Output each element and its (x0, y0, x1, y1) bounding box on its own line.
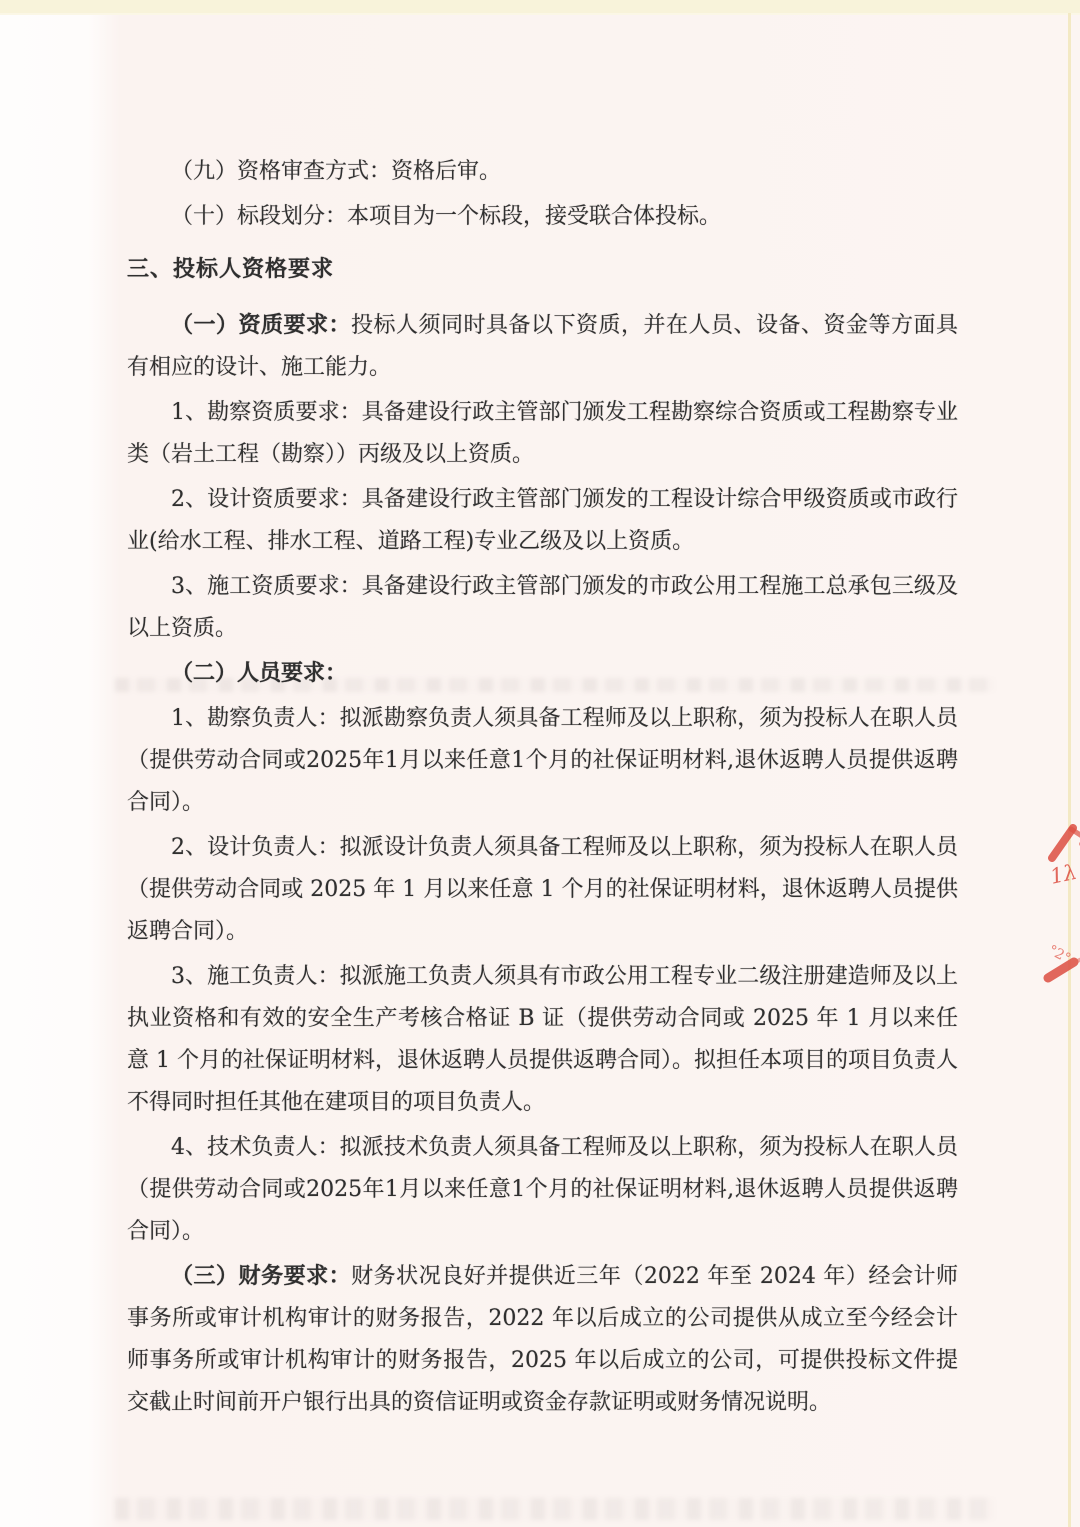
page-right-fold-line (1068, 13, 1071, 1527)
para-design-leader: 2、设计负责人：拟派设计负责人须具备工程师及以上职称，须为投标人在职人员（提供劳… (127, 826, 958, 953)
para-10-bid-section-division: （十）标段划分：本项目为一个标段，接受联合体投标。 (127, 195, 958, 238)
red-pen-mark-lower: °2° (1026, 930, 1080, 1020)
para-construction-qualification: 3、施工资质要求：具备建设行政主管部门颁发的市政公用工程施工总承包三级及以上资质… (127, 565, 958, 650)
para-text: 2、设计资质要求：具备建设行政主管部门颁发的工程设计综合甲级资质或市政行业(给水… (127, 487, 958, 554)
para-lead-bold: （二）人员要求： (171, 660, 347, 686)
para-lead-bold: （三）财务要求： (171, 1263, 351, 1289)
para-technical-leader: 4、技术负责人：拟派技术负责人须具备工程师及以上职称，须为投标人在职人员（提供劳… (127, 1126, 958, 1253)
para-design-qualification: 2、设计资质要求：具备建设行政主管部门颁发的工程设计综合甲级资质或市政行业(给水… (127, 478, 958, 563)
para-1-qualification-requirements: （一）资质要求：投标人须同时具备以下资质，并在人员、设备、资金等方面具有相应的设… (127, 304, 958, 389)
para-lead-bold: （一）资质要求： (171, 312, 351, 338)
red-stroke-tail (1073, 958, 1080, 963)
para-text: 3、施工负责人：拟派施工负责人须具有市政公用工程专业二级注册建造师及以上执业资格… (127, 964, 958, 1115)
para-2-personnel-requirements: （二）人员要求： (127, 652, 958, 695)
para-3-financial-requirements: （三）财务要求：财务状况良好并提供近三年（2022 年至 2024 年）经会计师… (127, 1255, 958, 1424)
scanned-document-page: （九）资格审查方式：资格后审。 （十）标段划分：本项目为一个标段，接受联合体投标… (0, 0, 1080, 1527)
scanner-top-band (0, 0, 1080, 15)
document-body: （九）资格审查方式：资格后审。 （十）标段划分：本项目为一个标段，接受联合体投标… (127, 149, 958, 1426)
para-text: 3、施工资质要求：具备建设行政主管部门颁发的市政公用工程施工总承包三级及以上资质… (127, 574, 958, 641)
para-construction-leader: 3、施工负责人：拟派施工负责人须具有市政公用工程专业二级注册建造师及以上执业资格… (127, 955, 958, 1124)
para-text: 2、设计负责人：拟派设计负责人须具备工程师及以上职称，须为投标人在职人员（提供劳… (127, 835, 958, 944)
red-handwriting-upper: 1λ (1048, 860, 1079, 889)
bleed-through-band-bottom (115, 1498, 995, 1520)
para-9-qualification-review-method: （九）资格审查方式：资格后审。 (127, 150, 958, 193)
para-survey-leader: 1、勘察负责人：拟派勘察负责人须具备工程师及以上职称，须为投标人在职人员（提供劳… (127, 697, 958, 824)
para-text: （九）资格审查方式：资格后审。 (171, 159, 501, 184)
para-text: 1、勘察资质要求：具备建设行政主管部门颁发工程勘察综合资质或工程勘察专业类（岩土… (127, 400, 958, 467)
para-text: 1、勘察负责人：拟派勘察负责人须具备工程师及以上职称，须为投标人在职人员（提供劳… (127, 706, 958, 815)
para-text: （十）标段划分：本项目为一个标段，接受联合体投标。 (171, 204, 721, 229)
red-stroke-tail (1071, 829, 1080, 836)
red-pen-mark-upper: 1λ (1026, 816, 1080, 906)
para-text: 4、技术负责人：拟派技术负责人须具备工程师及以上职称，须为投标人在职人员（提供劳… (127, 1135, 958, 1244)
para-survey-qualification: 1、勘察资质要求：具备建设行政主管部门颁发工程勘察综合资质或工程勘察专业类（岩土… (127, 391, 958, 476)
section-heading-bidder-qualification-requirements: 三、投标人资格要求 (127, 248, 958, 290)
